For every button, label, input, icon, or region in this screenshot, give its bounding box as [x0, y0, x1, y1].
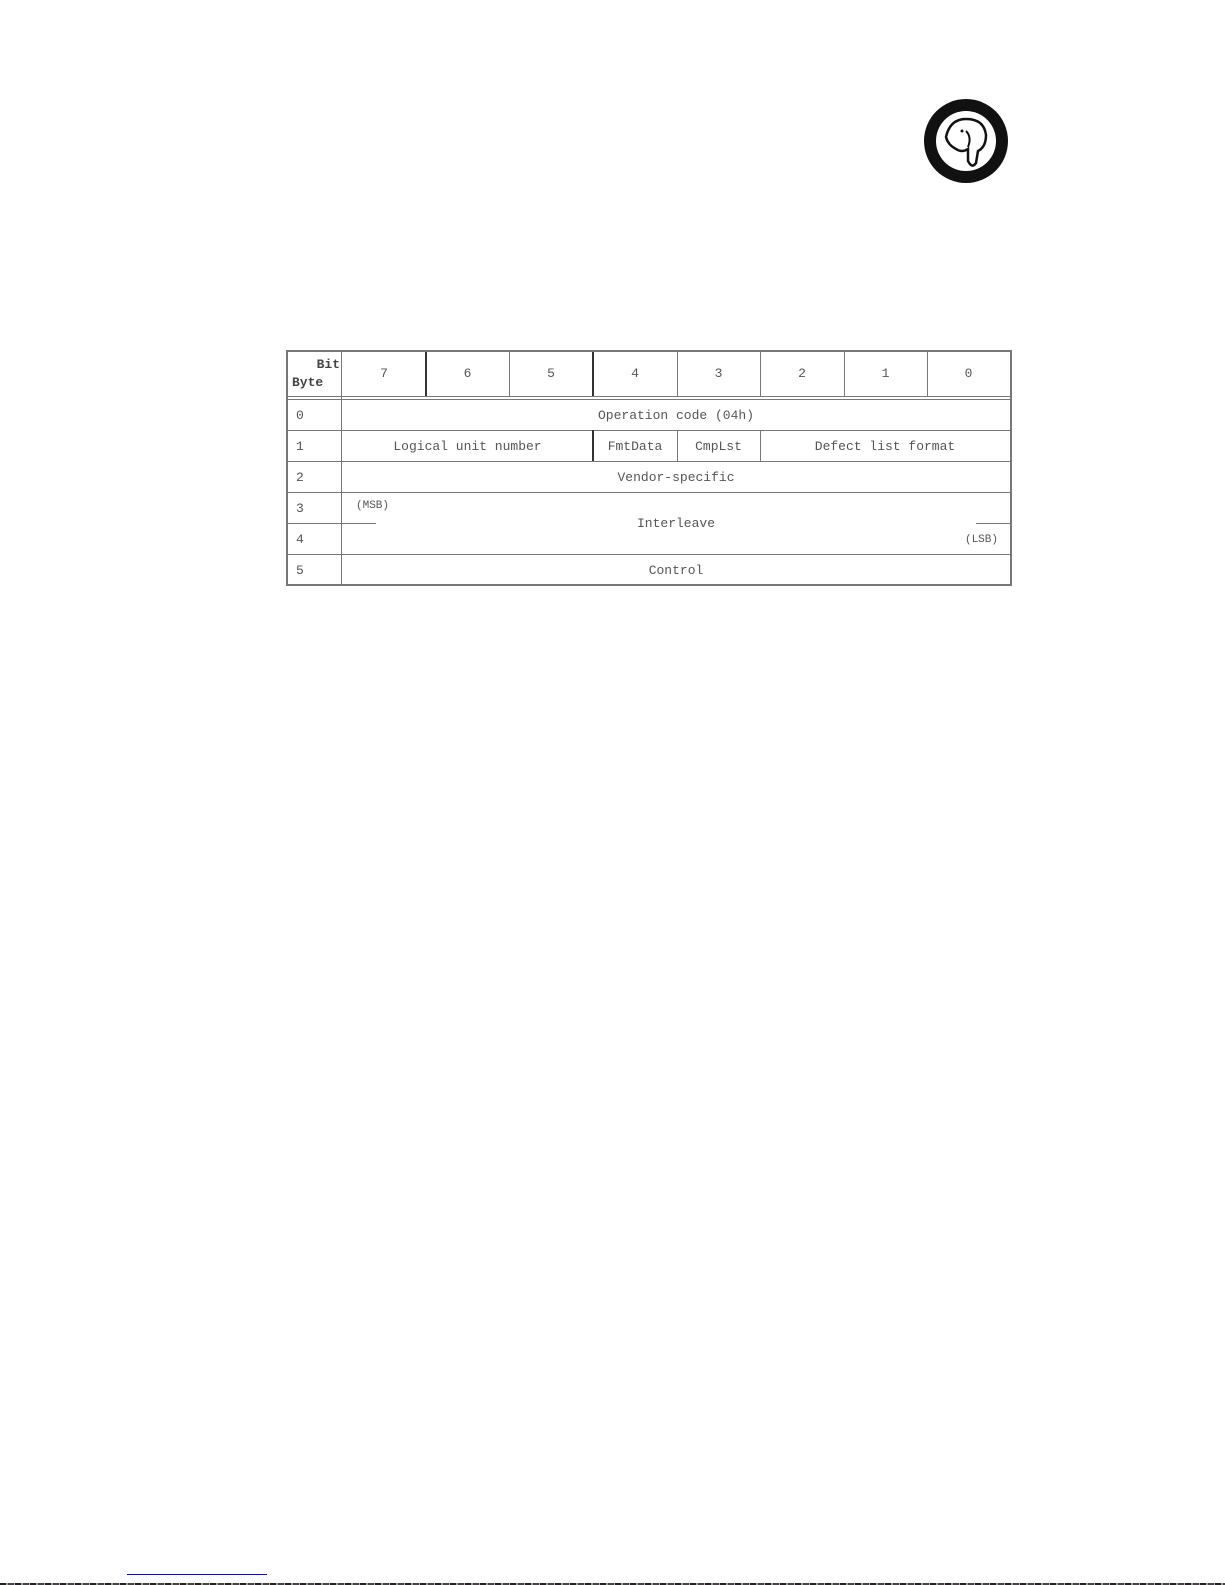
field-defect-list-format: Defect list format	[760, 431, 1010, 461]
field-lsb: (LSB)	[938, 530, 998, 550]
corner-bit-label: Bit	[288, 354, 340, 374]
bit-header-5: 5	[509, 352, 593, 394]
bit-header-6: 6	[426, 352, 509, 394]
bit-header-7: 7	[342, 352, 426, 394]
byte-label-4: 4	[296, 524, 316, 554]
field-operation-code: Operation code (04h)	[342, 400, 1010, 430]
field-vendor-specific: Vendor-specific	[342, 462, 1010, 492]
field-interleave: Interleave	[342, 508, 1010, 538]
field-cmplst: CmpLst	[677, 431, 760, 461]
bit-header-2: 2	[760, 352, 844, 394]
byte-label-3: 3	[296, 493, 316, 523]
corner-byte-label: Byte	[292, 372, 344, 392]
field-control: Control	[342, 555, 1010, 585]
footnote-separator	[127, 1574, 267, 1575]
byte-label-2: 2	[296, 462, 316, 492]
bit-header-0: 0	[927, 352, 1010, 394]
field-logical-unit-number: Logical unit number	[342, 431, 593, 461]
byte-label-0: 0	[296, 400, 316, 430]
byte-label-5: 5	[296, 555, 316, 585]
bit-header-1: 1	[844, 352, 927, 394]
bit-header-3: 3	[677, 352, 760, 394]
field-fmtdata: FmtData	[593, 431, 677, 461]
bit-header-4: 4	[593, 352, 677, 394]
byte-label-1: 1	[296, 431, 316, 461]
memtech-logo-icon	[922, 97, 1010, 185]
command-descriptor-table: Bit Byte 7 6 5 4 3 2 1 0 0 1 2 3 4 5 Ope…	[286, 350, 1012, 586]
